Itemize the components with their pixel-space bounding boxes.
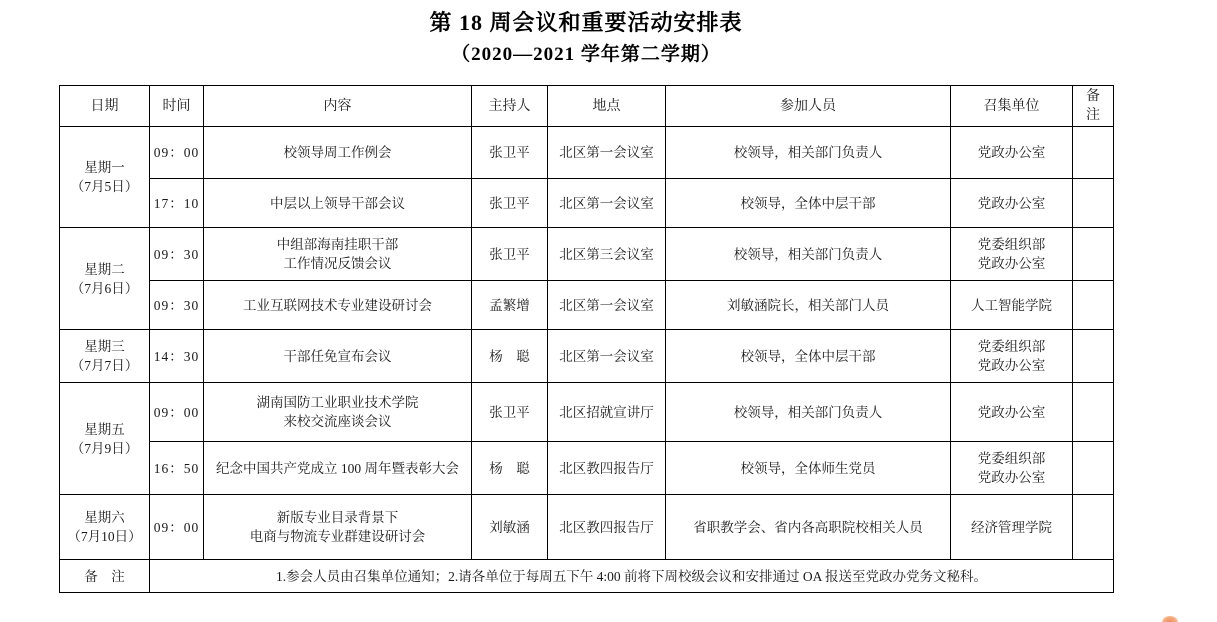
cell-place: 北区招就宣讲厅 [548, 383, 666, 442]
col-header-host: 主持人 [472, 86, 548, 127]
table-row: 17：10 中层以上领导干部会议 张卫平 北区第一会议室 校领导，全体中层干部 … [60, 179, 1114, 228]
cell-content: 校领导周工作例会 [204, 127, 472, 179]
content-line: 湖南国防工业职业技术学院 [206, 393, 469, 412]
day-label: 星期三 [62, 337, 147, 356]
cell-time: 17：10 [150, 179, 204, 228]
cell-place: 北区第一会议室 [548, 330, 666, 383]
cell-participants: 校领导，全体师生党员 [666, 442, 951, 495]
cell-host: 张卫平 [472, 127, 548, 179]
cell-date-monday: 星期一 （7月5日） [60, 127, 150, 228]
day-label: 星期五 [62, 420, 147, 439]
cell-date-wednesday: 星期三 （7月7日） [60, 330, 150, 383]
cell-host: 杨 聪 [472, 442, 548, 495]
cell-content: 新版专业目录背景下 电商与物流专业群建设研讨会 [204, 495, 472, 560]
cell-organizer: 党委组织部 党政办公室 [951, 442, 1073, 495]
organizer-line: 党委组织部 [953, 235, 1070, 254]
cell-remark [1073, 495, 1114, 560]
cell-time: 09：30 [150, 281, 204, 330]
cell-organizer: 党政办公室 [951, 127, 1073, 179]
cell-time: 09：00 [150, 383, 204, 442]
cell-participants: 校领导，全体中层干部 [666, 330, 951, 383]
date-label: （7月9日） [62, 439, 147, 458]
cell-remark [1073, 442, 1114, 495]
cell-time: 09：00 [150, 495, 204, 560]
col-header-place: 地点 [548, 86, 666, 127]
page-subtitle: （2020—2021 学年第二学期） [59, 40, 1113, 70]
cell-organizer: 人工智能学院 [951, 281, 1073, 330]
remark-header-line: 注 [1075, 106, 1111, 125]
schedule-document: 第 18 周会议和重要活动安排表 （2020—2021 学年第二学期） 日期 时… [59, 6, 1113, 593]
day-label: 星期二 [62, 260, 147, 279]
cell-date-friday: 星期五 （7月9日） [60, 383, 150, 495]
cell-remark [1073, 127, 1114, 179]
col-header-remark: 备 注 [1073, 86, 1114, 127]
cell-participants: 刘敏涵院长，相关部门人员 [666, 281, 951, 330]
footer-note: 1.参会人员由召集单位通知；2.请各单位于每周五下午 4:00 前将下周校级会议… [150, 560, 1114, 593]
cell-host: 张卫平 [472, 228, 548, 281]
cell-host: 孟繁增 [472, 281, 548, 330]
cell-organizer: 经济管理学院 [951, 495, 1073, 560]
cell-remark [1073, 330, 1114, 383]
content-line: 来校交流座谈会议 [206, 412, 469, 431]
cell-participants: 校领导，相关部门负责人 [666, 383, 951, 442]
cell-content: 中组部海南挂职干部 工作情况反馈会议 [204, 228, 472, 281]
cell-host: 张卫平 [472, 383, 548, 442]
cell-organizer: 党委组织部 党政办公室 [951, 330, 1073, 383]
date-label: （7月10日） [62, 527, 147, 546]
organizer-line: 党委组织部 [953, 337, 1070, 356]
organizer-line: 党政办公室 [953, 356, 1070, 375]
day-label: 星期一 [62, 158, 147, 177]
watermark-fragment [1162, 616, 1178, 622]
cell-place: 北区第一会议室 [548, 179, 666, 228]
organizer-line: 党政办公室 [953, 254, 1070, 273]
cell-content: 纪念中国共产党成立 100 周年暨表彰大会 [204, 442, 472, 495]
table-row: 16：50 纪念中国共产党成立 100 周年暨表彰大会 杨 聪 北区教四报告厅 … [60, 442, 1114, 495]
cell-content: 中层以上领导干部会议 [204, 179, 472, 228]
cell-remark [1073, 179, 1114, 228]
col-header-participants: 参加人员 [666, 86, 951, 127]
content-line: 工作情况反馈会议 [206, 254, 469, 273]
col-header-organizer: 召集单位 [951, 86, 1073, 127]
cell-participants: 校领导，相关部门负责人 [666, 228, 951, 281]
organizer-line: 党政办公室 [953, 468, 1070, 487]
cell-organizer: 党委组织部 党政办公室 [951, 228, 1073, 281]
cell-content: 工业互联网技术专业建设研讨会 [204, 281, 472, 330]
cell-time: 16：50 [150, 442, 204, 495]
table-row: 星期五 （7月9日） 09：00 湖南国防工业职业技术学院 来校交流座谈会议 张… [60, 383, 1114, 442]
content-line: 中组部海南挂职干部 [206, 235, 469, 254]
cell-date-saturday: 星期六 （7月10日） [60, 495, 150, 560]
cell-content: 湖南国防工业职业技术学院 来校交流座谈会议 [204, 383, 472, 442]
cell-time: 09：30 [150, 228, 204, 281]
cell-participants: 校领导，相关部门负责人 [666, 127, 951, 179]
cell-remark [1073, 383, 1114, 442]
content-line: 新版专业目录背景下 [206, 508, 469, 527]
table-row: 星期三 （7月7日） 14：30 干部任免宣布会议 杨 聪 北区第一会议室 校领… [60, 330, 1114, 383]
cell-time: 09：00 [150, 127, 204, 179]
cell-remark [1073, 281, 1114, 330]
cell-host: 张卫平 [472, 179, 548, 228]
cell-participants: 省职教学会、省内各高职院校相关人员 [666, 495, 951, 560]
organizer-line: 党委组织部 [953, 449, 1070, 468]
cell-host: 刘敏涵 [472, 495, 548, 560]
cell-organizer: 党政办公室 [951, 179, 1073, 228]
date-label: （7月5日） [62, 177, 147, 196]
cell-place: 北区教四报告厅 [548, 442, 666, 495]
cell-place: 北区第一会议室 [548, 281, 666, 330]
schedule-table: 日期 时间 内容 主持人 地点 参加人员 召集单位 备 注 星期一 （7月5日）… [59, 85, 1114, 593]
table-row: 09：30 工业互联网技术专业建设研讨会 孟繁增 北区第一会议室 刘敏涵院长，相… [60, 281, 1114, 330]
cell-organizer: 党政办公室 [951, 383, 1073, 442]
cell-date-tuesday: 星期二 （7月6日） [60, 228, 150, 330]
cell-host: 杨 聪 [472, 330, 548, 383]
date-label: （7月6日） [62, 279, 147, 298]
page-title: 第 18 周会议和重要活动安排表 [59, 6, 1113, 40]
footer-row: 备 注 1.参会人员由召集单位通知；2.请各单位于每周五下午 4:00 前将下周… [60, 560, 1114, 593]
cell-participants: 校领导，全体中层干部 [666, 179, 951, 228]
cell-place: 北区第三会议室 [548, 228, 666, 281]
col-header-date: 日期 [60, 86, 150, 127]
cell-place: 北区第一会议室 [548, 127, 666, 179]
remark-header-line: 备 [1075, 87, 1111, 106]
table-row: 星期一 （7月5日） 09：00 校领导周工作例会 张卫平 北区第一会议室 校领… [60, 127, 1114, 179]
content-line: 电商与物流专业群建设研讨会 [206, 527, 469, 546]
cell-place: 北区教四报告厅 [548, 495, 666, 560]
date-label: （7月7日） [62, 356, 147, 375]
cell-time: 14：30 [150, 330, 204, 383]
document-page: 第 18 周会议和重要活动安排表 （2020—2021 学年第二学期） 日期 时… [0, 0, 1217, 622]
col-header-time: 时间 [150, 86, 204, 127]
header-row: 日期 时间 内容 主持人 地点 参加人员 召集单位 备 注 [60, 86, 1114, 127]
day-label: 星期六 [62, 508, 147, 527]
col-header-content: 内容 [204, 86, 472, 127]
footer-label: 备 注 [60, 560, 150, 593]
table-row: 星期六 （7月10日） 09：00 新版专业目录背景下 电商与物流专业群建设研讨… [60, 495, 1114, 560]
table-row: 星期二 （7月6日） 09：30 中组部海南挂职干部 工作情况反馈会议 张卫平 … [60, 228, 1114, 281]
cell-content: 干部任免宣布会议 [204, 330, 472, 383]
cell-remark [1073, 228, 1114, 281]
